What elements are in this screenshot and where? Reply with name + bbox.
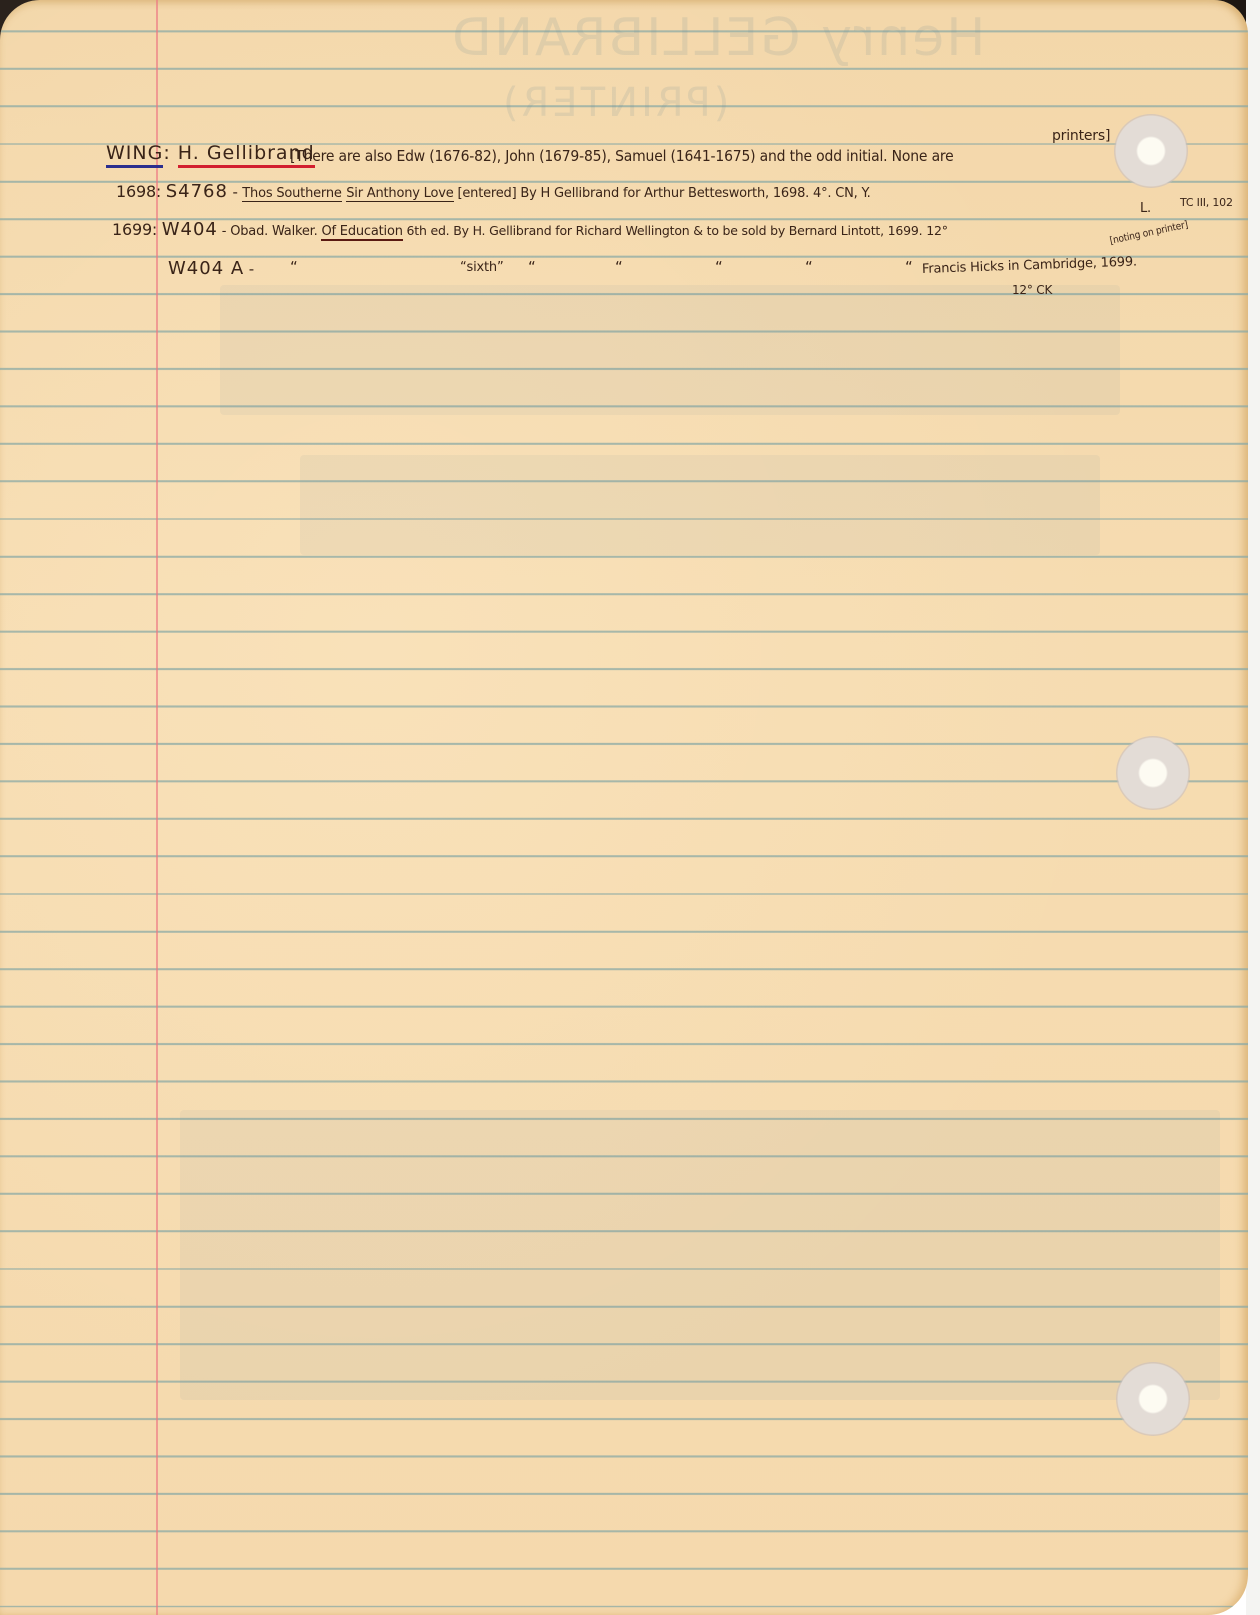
punch-hole-bottom bbox=[1116, 1362, 1190, 1436]
ditto-mark: “ bbox=[805, 258, 813, 276]
entry-1698: 1698: S4768 - Thos Southerne Sir Anthony… bbox=[116, 181, 871, 202]
edition-sixth: “sixth” bbox=[460, 260, 503, 275]
ditto-mark: “ bbox=[528, 258, 536, 276]
entry-1699: 1699: W404 - Obad. Walker. Of Education … bbox=[112, 219, 948, 240]
bleed-through-block bbox=[220, 285, 1120, 415]
entry-text: - bbox=[228, 183, 242, 201]
wing-ref: W404 bbox=[162, 219, 218, 240]
book-title: Sir Anthony Love bbox=[346, 186, 453, 202]
margin-note-l: L. bbox=[1140, 201, 1151, 216]
notebook-sheet: Henry GELLIBRAND (PRINTER) WING: H. Gell… bbox=[0, 0, 1248, 1615]
background-right-edge bbox=[1246, 0, 1260, 1615]
ditto-mark: “ bbox=[290, 258, 298, 276]
entry-text: - bbox=[244, 260, 254, 278]
entry-1699a: W404 A - bbox=[168, 258, 254, 279]
ditto-mark: “ bbox=[715, 258, 723, 276]
entry-text: [entered] By H Gellibrand for Arthur Bet… bbox=[454, 186, 871, 201]
wing-ref: W404 A bbox=[168, 258, 244, 279]
punch-hole-middle bbox=[1116, 736, 1190, 810]
bleed-through-block bbox=[300, 455, 1100, 555]
author: Thos Southerne bbox=[242, 186, 341, 202]
book-title: Of Education bbox=[321, 224, 402, 241]
margin-note-tc: TC III, 102 bbox=[1180, 196, 1233, 209]
entry-year: 1698: bbox=[116, 182, 161, 201]
bleed-through-block bbox=[180, 1110, 1220, 1400]
ditto-mark: “ bbox=[615, 258, 623, 276]
ditto-mark: “ bbox=[905, 258, 913, 276]
entry-year: 1699: bbox=[112, 220, 157, 239]
bleed-through-title: Henry GELLIBRAND bbox=[450, 8, 985, 68]
header-note-end: printers] bbox=[1052, 128, 1110, 144]
entry-header: WING: H. Gellibrand bbox=[106, 142, 315, 164]
entry-text: - Obad. Walker. bbox=[218, 224, 322, 239]
header-note: [There are also Edw (1676-82), John (167… bbox=[290, 147, 954, 165]
punch-hole-top bbox=[1114, 114, 1188, 188]
holding-note: 12° CK bbox=[1012, 283, 1052, 297]
wing-ref: S4768 bbox=[166, 181, 228, 202]
source-label: WING bbox=[106, 142, 163, 168]
bleed-through-subtitle: (PRINTER) bbox=[500, 80, 729, 126]
margin-line bbox=[156, 0, 158, 1615]
entry-text: 6th ed. By H. Gellibrand for Richard Wel… bbox=[403, 223, 948, 238]
source-colon: : bbox=[163, 142, 170, 164]
